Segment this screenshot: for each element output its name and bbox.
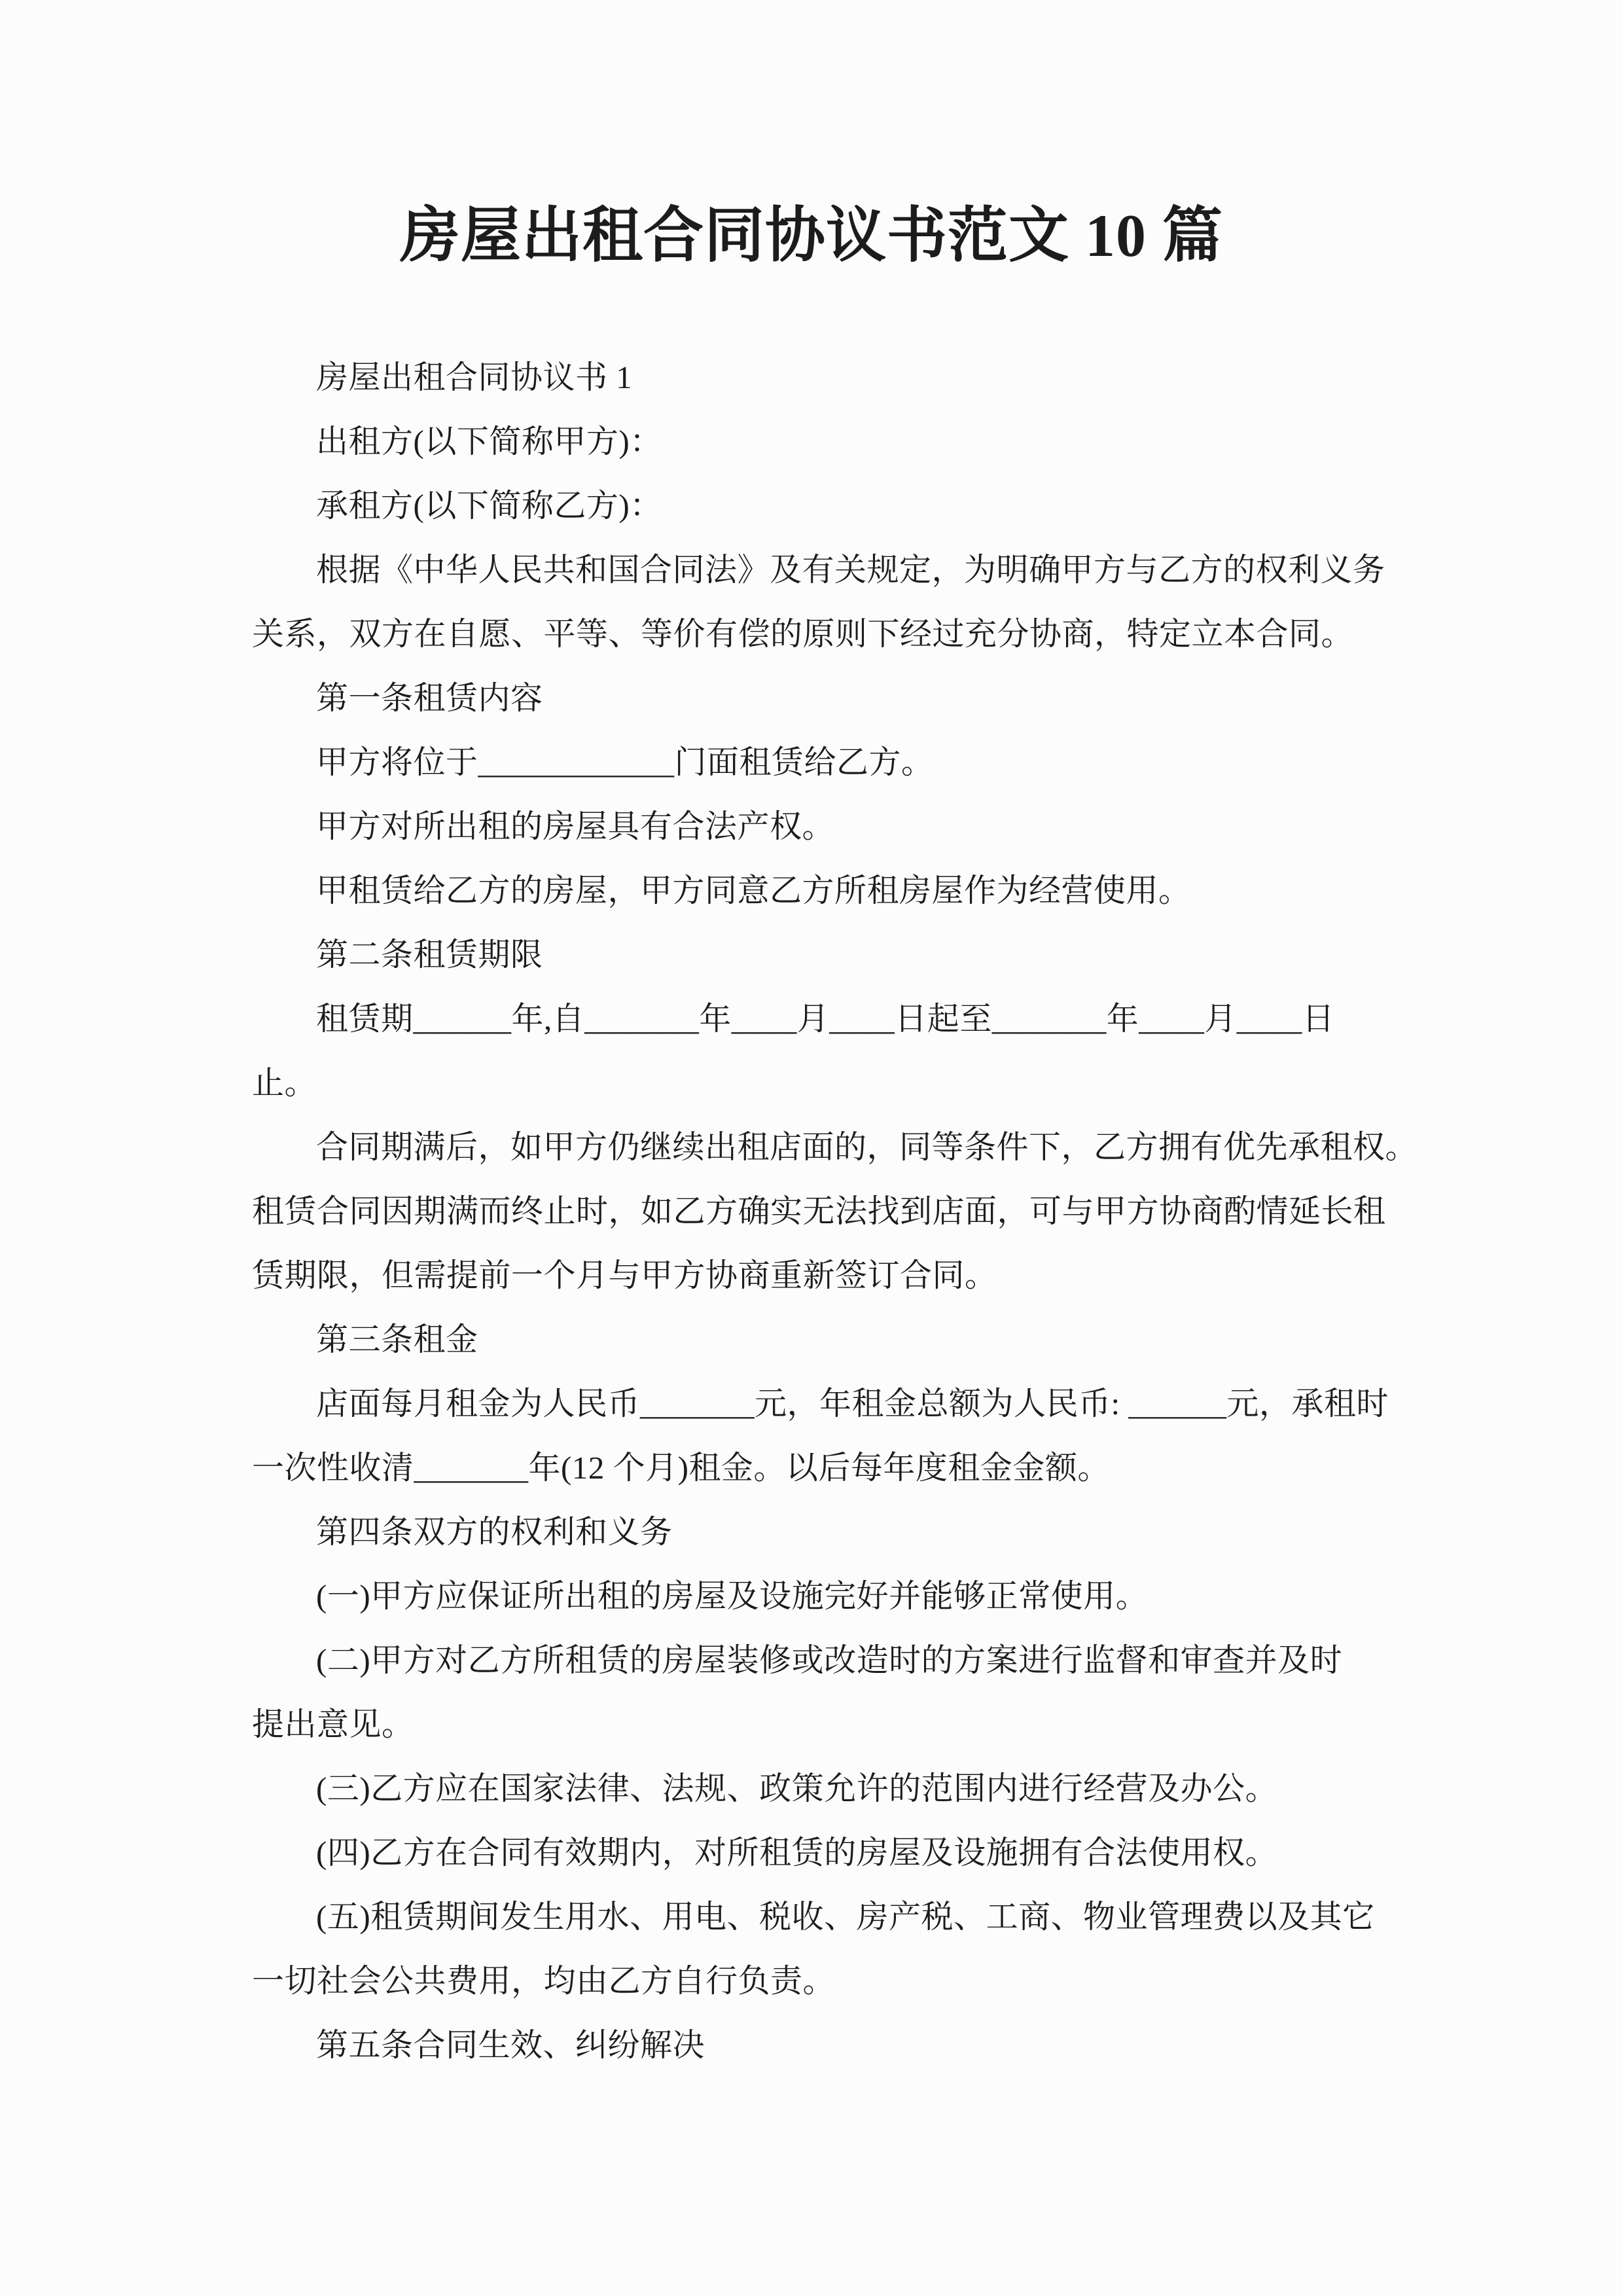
document-line: 甲方将位于____________门面租赁给乙方。: [252, 730, 1381, 795]
document-line: 甲租赁给乙方的房屋，甲方同意乙方所租房屋作为经营使用。: [252, 859, 1381, 923]
document-line: 第四条双方的权利和义务: [252, 1500, 1381, 1564]
document-line: 租赁合同因期满而终止时，如乙方确实无法找到店面，可与甲方协商酌情延长租: [252, 1179, 1381, 1244]
document-line: 根据《中华人民共和国合同法》及有关规定，为明确甲方与乙方的权利义务: [252, 538, 1381, 602]
document-line: 店面每月租金为人民币_______元，年租金总额为人民币: ______元，承租…: [252, 1372, 1381, 1436]
document-line: (二)甲方对乙方所租赁的房屋装修或改造时的方案进行监督和审查并及时: [252, 1628, 1381, 1693]
document-line: (四)乙方在合同有效期内，对所租赁的房屋及设施拥有合法使用权。: [252, 1821, 1381, 1885]
document-line: 第二条租赁期限: [252, 923, 1381, 987]
document-line: 一次性收清_______年(12 个月)租金。以后每年度租金金额。: [252, 1436, 1381, 1500]
document-line: 一切社会公共费用，均由乙方自行负责。: [252, 1949, 1381, 2013]
document-line: 租赁期______年,自_______年____月____日起至_______年…: [252, 987, 1381, 1051]
document-line: 出租方(以下简称甲方)：: [252, 410, 1381, 474]
document-line: 合同期满后，如甲方仍继续出租店面的，同等条件下，乙方拥有优先承租权。: [252, 1115, 1381, 1179]
document-title: 房屋出租合同协议书范文 10 篇: [0, 204, 1623, 267]
document-page: 房屋出租合同协议书范文 10 篇 房屋出租合同协议书 1出租方(以下简称甲方)：…: [0, 0, 1623, 2296]
document-line: 赁期限，但需提前一个月与甲方协商重新签订合同。: [252, 1244, 1381, 1308]
document-line: (五)租赁期间发生用水、用电、税收、房产税、工商、物业管理费以及其它: [252, 1885, 1381, 1949]
document-line: 甲方对所出租的房屋具有合法产权。: [252, 795, 1381, 859]
document-line: 关系，双方在自愿、平等、等价有偿的原则下经过充分协商，特定立本合同。: [252, 602, 1381, 666]
document-body: 房屋出租合同协议书 1出租方(以下简称甲方)：承租方(以下简称乙方)：根据《中华…: [252, 346, 1381, 2077]
document-line: (三)乙方应在国家法律、法规、政策允许的范围内进行经营及办公。: [252, 1757, 1381, 1821]
document-line: 第三条租金: [252, 1308, 1381, 1372]
document-line: 提出意见。: [252, 1693, 1381, 1757]
document-line: 止。: [252, 1051, 1381, 1115]
document-line: 第一条租赁内容: [252, 666, 1381, 730]
document-line: 第五条合同生效、纠纷解决: [252, 2013, 1381, 2077]
document-line: (一)甲方应保证所出租的房屋及设施完好并能够正常使用。: [252, 1564, 1381, 1628]
document-line: 房屋出租合同协议书 1: [252, 346, 1381, 410]
document-line: 承租方(以下简称乙方)：: [252, 474, 1381, 538]
